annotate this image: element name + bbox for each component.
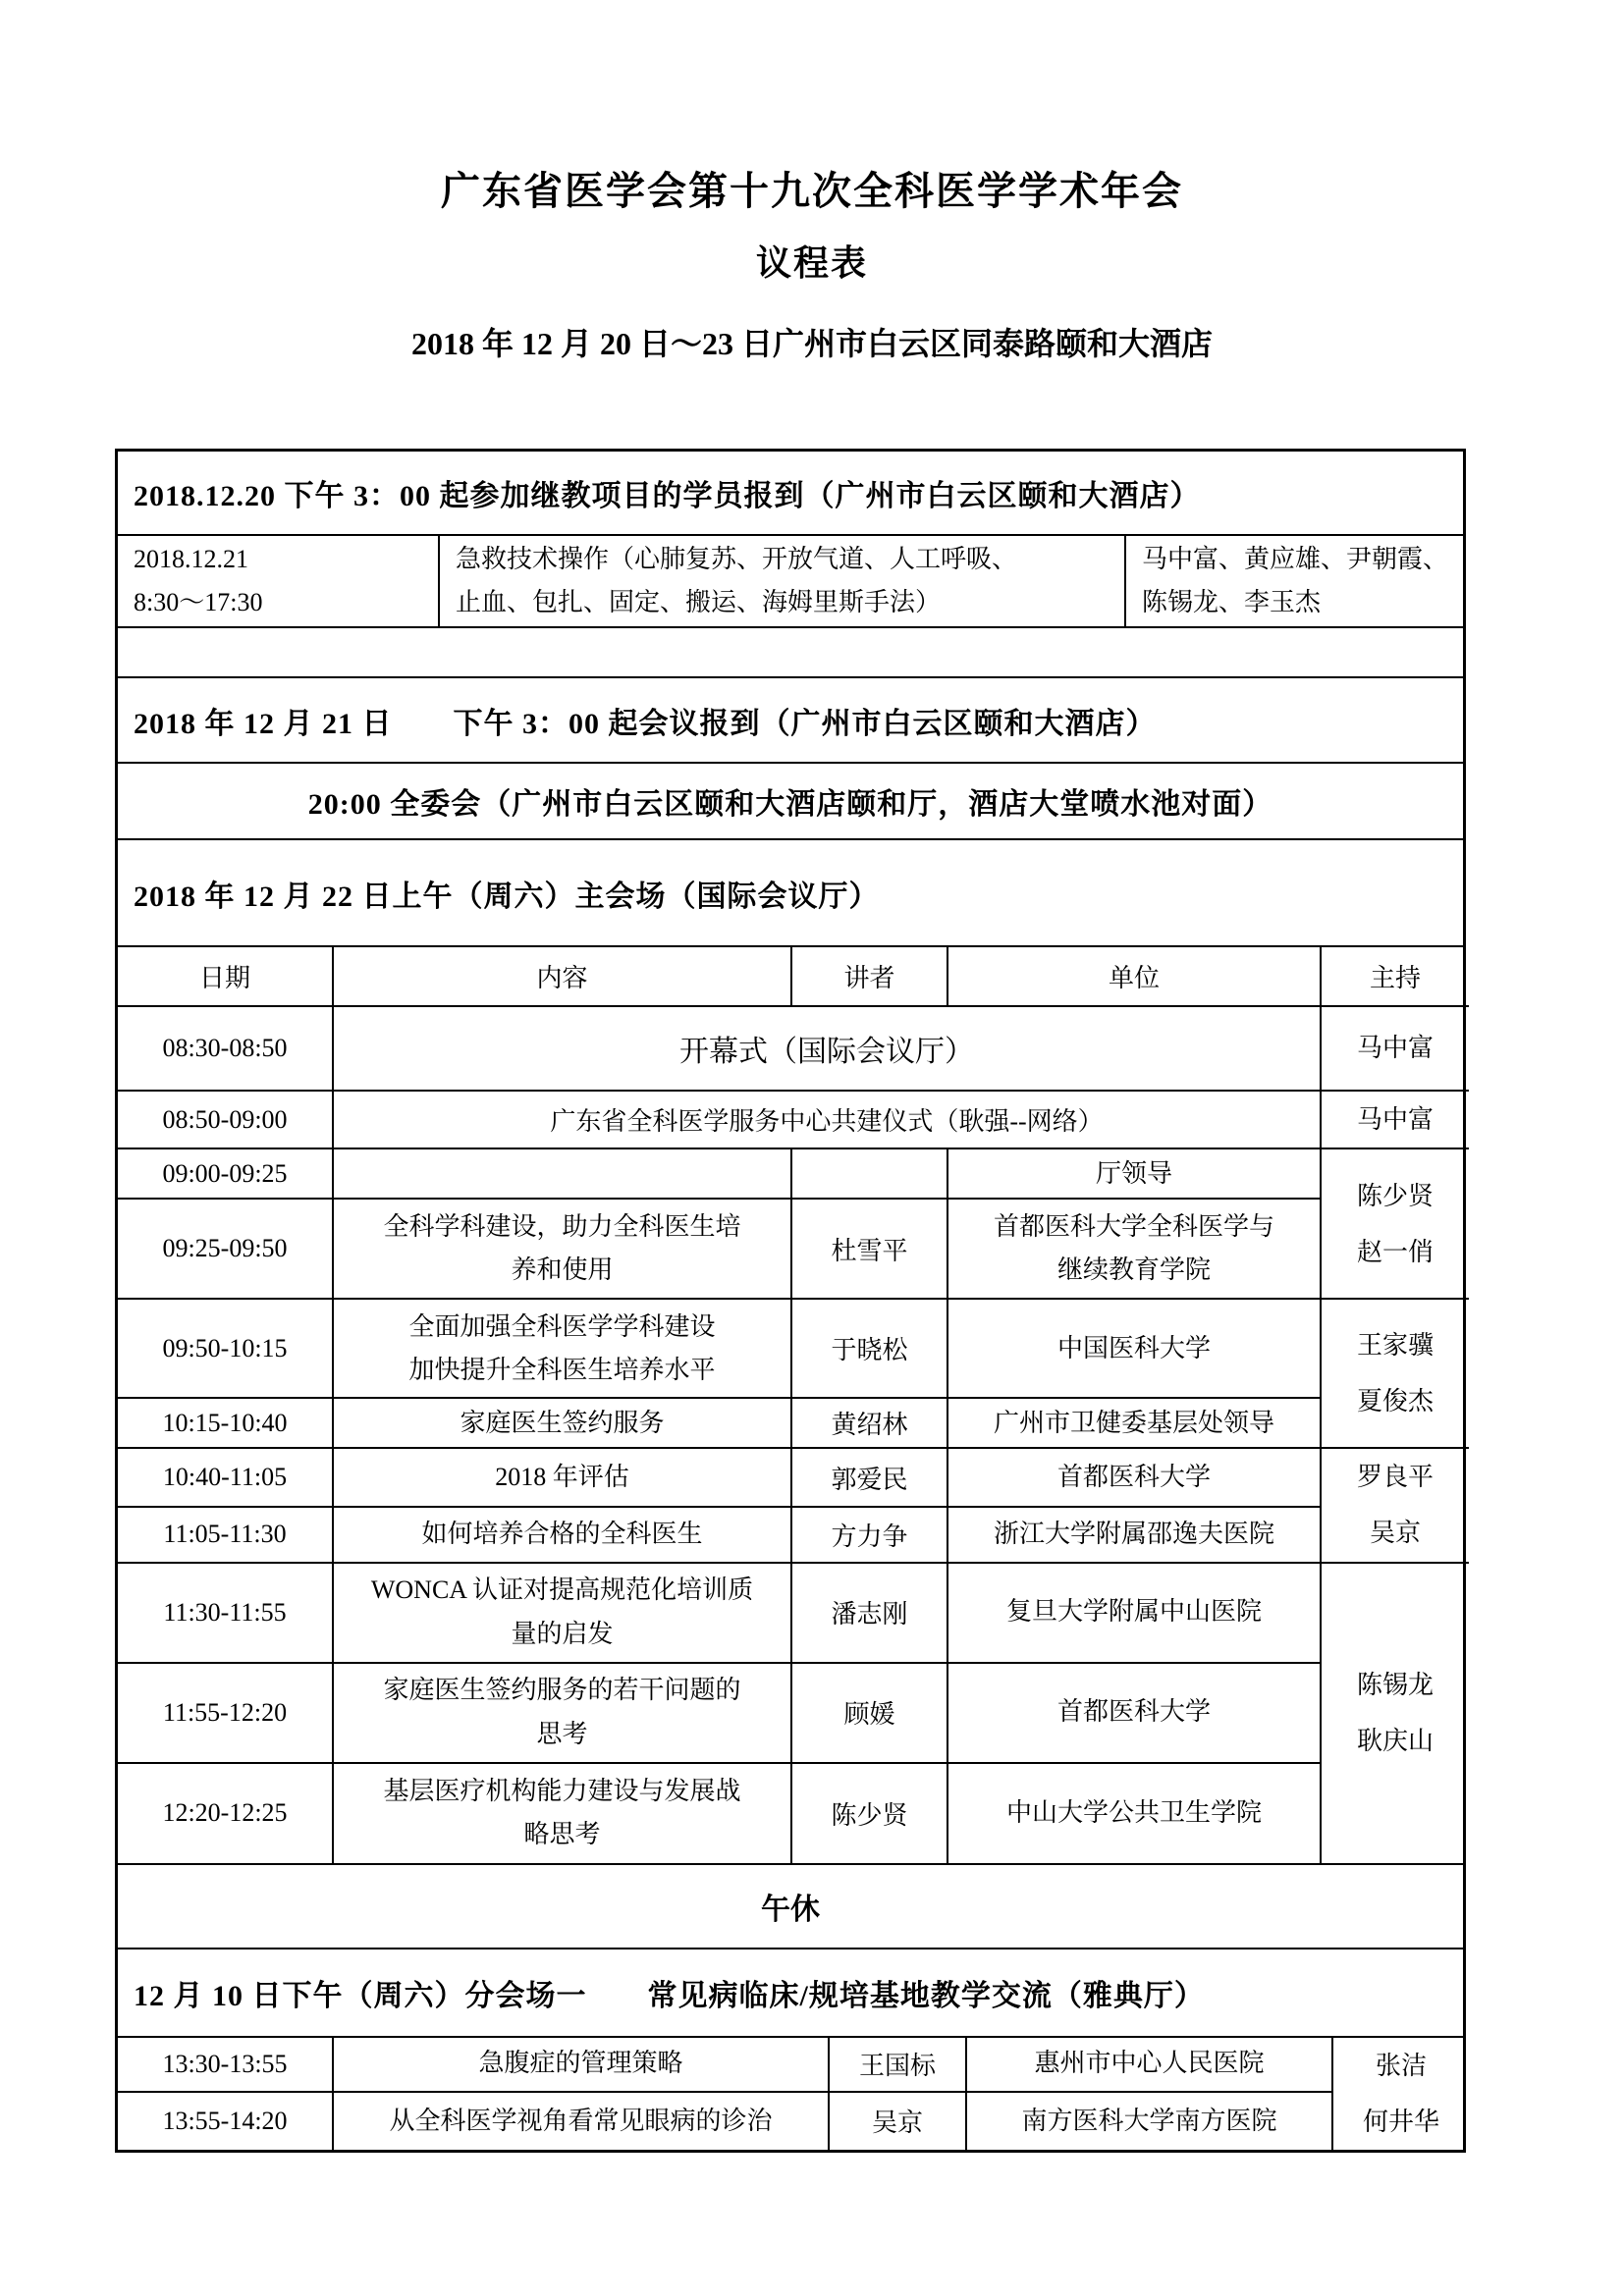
col-header-host: 主持 <box>1321 947 1469 1006</box>
agenda-row: 09:25-09:50 全科学科建设，助力全科医生培 养和使用 杜雪平 首都医科… <box>118 1199 1469 1299</box>
content-cell: 如何培养合格的全科医生 <box>333 1507 791 1562</box>
document-page: 广东省医学会第十九次全科医学学术年会 议程表 2018 年 12 月 20 日～… <box>0 0 1624 2153</box>
host-cell: 张洁 何井华 <box>1332 2038 1469 2150</box>
afternoon-session-table: 13:30-13:55 急腹症的管理策略 王国标 惠州市中心人民医院 张洁 何井… <box>118 2038 1469 2150</box>
row-committee-meeting: 20:00 全委会（广州市白云区颐和大酒店颐和厅，酒店大堂喷水池对面） <box>118 764 1463 840</box>
agenda-row: 13:55-14:20 从全科医学视角看常见眼病的诊治 吴京 南方医科大学南方医… <box>118 2092 1469 2150</box>
org-cell: 复旦大学附属中山医院 <box>947 1563 1321 1663</box>
speaker-cell <box>791 1148 947 1199</box>
main-table-header-row: 日期 内容 讲者 单位 主持 <box>118 947 1469 1006</box>
speaker-cell: 黄绍林 <box>791 1398 947 1448</box>
host-cell: 王家骥 夏俊杰 <box>1321 1299 1469 1448</box>
host-cell: 马中富 <box>1321 1006 1469 1091</box>
content-cell: 家庭医生签约服务的若干问题的 思考 <box>333 1663 791 1763</box>
speaker-cell: 王国标 <box>829 2038 966 2092</box>
speaker-cell: 陈少贤 <box>791 1763 947 1863</box>
org-cell: 中山大学公共卫生学院 <box>947 1763 1321 1863</box>
content-cell: 家庭医生签约服务 <box>333 1398 791 1448</box>
row-empty-spacer <box>118 628 1463 678</box>
main-session-table: 日期 内容 讲者 单位 主持 08:30-08:50 开幕式（国际会议厅） 马中… <box>118 947 1469 1863</box>
agenda-row: 11:55-12:20 家庭医生签约服务的若干问题的 思考 顾媛 首都医科大学 <box>118 1663 1469 1763</box>
speaker-cell: 顾媛 <box>791 1663 947 1763</box>
speaker-cell: 潘志刚 <box>791 1563 947 1663</box>
content-cell: 全科学科建设，助力全科医生培 养和使用 <box>333 1199 791 1299</box>
agenda-row: 08:30-08:50 开幕式（国际会议厅） 马中富 <box>118 1006 1469 1091</box>
agenda-table: 2018.12.20 下午 3：00 起参加继教项目的学员报到（广州市白云区颐和… <box>115 449 1466 2153</box>
org-cell: 首都医科大学 <box>947 1663 1321 1763</box>
agenda-row: 12:20-12:25 基层医疗机构能力建设与发展战 略思考 陈少贤 中山大学公… <box>118 1763 1469 1863</box>
row-registration-notice: 2018.12.20 下午 3：00 起参加继教项目的学员报到（广州市白云区颐和… <box>118 452 1463 536</box>
time-cell: 10:40-11:05 <box>118 1448 333 1507</box>
time-cell: 10:15-10:40 <box>118 1398 333 1448</box>
org-cell: 广州市卫健委基层处领导 <box>947 1398 1321 1448</box>
row-first-aid-workshop: 2018.12.21 8:30～17:30 急救技术操作（心肺复苏、开放气道、人… <box>118 536 1463 628</box>
time-cell: 08:30-08:50 <box>118 1006 333 1091</box>
org-cell: 厅领导 <box>947 1148 1321 1199</box>
row-lunch-break: 午休 <box>118 1865 1463 1949</box>
time-cell: 11:05-11:30 <box>118 1507 333 1562</box>
org-cell: 浙江大学附属邵逸夫医院 <box>947 1507 1321 1562</box>
col-header-org: 单位 <box>947 947 1321 1006</box>
org-cell: 首都医科大学 <box>947 1448 1321 1507</box>
speaker-cell: 吴京 <box>829 2092 966 2150</box>
agenda-row: 09:50-10:15 全面加强全科医学学科建设 加快提升全科医生培养水平 于晓… <box>118 1299 1469 1398</box>
agenda-row: 10:15-10:40 家庭医生签约服务 黄绍林 广州市卫健委基层处领导 <box>118 1398 1469 1448</box>
content-cell: 2018 年评估 <box>333 1448 791 1507</box>
agenda-row: 09:00-09:25 厅领导 陈少贤 赵一俏 <box>118 1148 1469 1199</box>
speaker-cell: 杜雪平 <box>791 1199 947 1299</box>
speaker-cell: 郭爱民 <box>791 1448 947 1507</box>
workshop-faculty-cell: 马中富、黄应雄、尹朝霞、 陈锡龙、李玉杰 <box>1126 536 1463 626</box>
host-cell: 陈少贤 赵一俏 <box>1321 1148 1469 1299</box>
agenda-row: 08:50-09:00 广东省全科医学服务中心共建仪式（耿强--网络） 马中富 <box>118 1091 1469 1148</box>
org-cell: 南方医科大学南方医院 <box>966 2092 1332 2150</box>
time-cell: 13:30-13:55 <box>118 2038 333 2092</box>
col-header-content: 内容 <box>333 947 791 1006</box>
page-title: 广东省医学会第十九次全科医学学术年会 <box>0 0 1624 214</box>
time-cell: 12:20-12:25 <box>118 1763 333 1863</box>
content-cell: WONCA 认证对提高规范化培训质 量的启发 <box>333 1563 791 1663</box>
time-cell: 09:00-09:25 <box>118 1148 333 1199</box>
service-center-ceremony-cell: 广东省全科医学服务中心共建仪式（耿强--网络） <box>333 1091 1321 1148</box>
content-cell: 基层医疗机构能力建设与发展战 略思考 <box>333 1763 791 1863</box>
col-header-speaker: 讲者 <box>791 947 947 1006</box>
time-cell: 11:30-11:55 <box>118 1563 333 1663</box>
org-cell: 首都医科大学全科医学与 继续教育学院 <box>947 1199 1321 1299</box>
opening-ceremony-cell: 开幕式（国际会议厅） <box>333 1006 1321 1091</box>
row-afternoon-session-header: 12 月 10 日下午（周六）分会场一 常见病临床/规培基地教学交流（雅典厅） <box>118 1949 1463 2038</box>
time-cell: 11:55-12:20 <box>118 1663 333 1763</box>
page-dateline: 2018 年 12 月 20 日～23 日广州市白云区同泰路颐和大酒店 <box>0 325 1624 362</box>
org-cell: 惠州市中心人民医院 <box>966 2038 1332 2092</box>
workshop-content-cell: 急救技术操作（心肺复苏、开放气道、人工呼吸、 止血、包扎、固定、搬运、海姆里斯手… <box>440 536 1126 626</box>
host-cell: 罗良平 吴京 <box>1321 1448 1469 1562</box>
host-cell: 陈锡龙 耿庆山 <box>1321 1563 1469 1863</box>
time-cell: 08:50-09:00 <box>118 1091 333 1148</box>
row-main-session-header: 2018 年 12 月 22 日上午（周六）主会场（国际会议厅） <box>118 840 1463 947</box>
workshop-date-cell: 2018.12.21 8:30～17:30 <box>118 536 440 626</box>
col-header-date: 日期 <box>118 947 333 1006</box>
page-subtitle: 议程表 <box>0 242 1624 284</box>
content-cell: 从全科医学视角看常见眼病的诊治 <box>333 2092 829 2150</box>
content-cell: 全面加强全科医学学科建设 加快提升全科医生培养水平 <box>333 1299 791 1398</box>
agenda-row: 11:30-11:55 WONCA 认证对提高规范化培训质 量的启发 潘志刚 复… <box>118 1563 1469 1663</box>
agenda-row: 11:05-11:30 如何培养合格的全科医生 方力争 浙江大学附属邵逸夫医院 <box>118 1507 1469 1562</box>
agenda-row: 10:40-11:05 2018 年评估 郭爱民 首都医科大学 罗良平 吴京 <box>118 1448 1469 1507</box>
content-cell: 急腹症的管理策略 <box>333 2038 829 2092</box>
host-cell: 马中富 <box>1321 1091 1469 1148</box>
org-cell: 中国医科大学 <box>947 1299 1321 1398</box>
time-cell: 09:50-10:15 <box>118 1299 333 1398</box>
content-cell <box>333 1148 791 1199</box>
speaker-cell: 于晓松 <box>791 1299 947 1398</box>
row-meeting-registration: 2018 年 12 月 21 日 下午 3：00 起会议报到（广州市白云区颐和大… <box>118 678 1463 764</box>
speaker-cell: 方力争 <box>791 1507 947 1562</box>
time-cell: 13:55-14:20 <box>118 2092 333 2150</box>
agenda-row: 13:30-13:55 急腹症的管理策略 王国标 惠州市中心人民医院 张洁 何井… <box>118 2038 1469 2092</box>
time-cell: 09:25-09:50 <box>118 1199 333 1299</box>
